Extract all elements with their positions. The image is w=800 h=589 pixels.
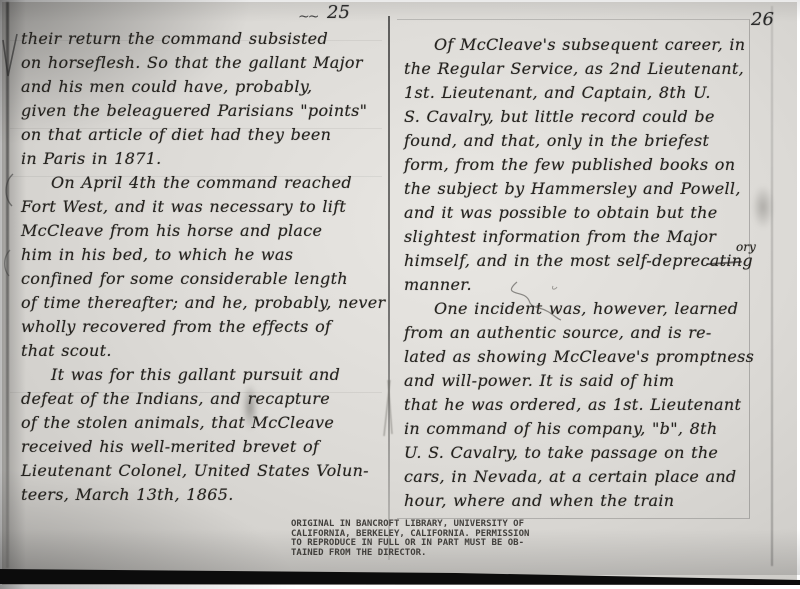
ink-smudge [752,185,774,229]
handwriting-line: It was for this gallant pursuit and [21,363,397,387]
pen-squiggle: ~~ [298,9,317,25]
stamp-text-line: TAINED FROM THE DIRECTOR. [291,549,551,559]
handwriting-line: teers, March 13th, 1865. [21,483,397,507]
handwriting-line: S. Cavalry, but little record could be [404,105,780,129]
handwriting-line: 1st. Lieutenant, and Captain, 8th U. [404,81,780,105]
handwriting-line: from an authentic source, and is re- [404,321,780,345]
handwriting-line: On April 4th the command reached [21,171,397,195]
handwriting-line: manner. [404,273,780,297]
handwriting-line: given the beleaguered Parisians "points" [21,99,397,123]
handwriting-line: slightest information from the Major [404,225,780,249]
handwriting-line: that he was ordered, as 1st. Lieutenant [404,393,780,417]
handwriting-line: and it was possible to obtain but the [404,201,780,225]
handwriting-line: form, from the few published books on [404,153,780,177]
handwriting-line: and will-power. It is said of him [404,369,780,393]
right-page-text: Of McCleave's subsequent career, inthe R… [404,33,780,513]
handwriting-line: hour, where and when the train [404,489,780,513]
handwriting-line: of the stolen animals, that McCleave [21,411,397,435]
handwriting-line: their return the command subsisted [21,27,397,51]
bancroft-library-stamp: ORIGINAL IN BANCROFT LIBRARY, UNIVERSITY… [291,520,551,558]
handwriting-line: in command of his company, "b", 8th [404,417,780,441]
page-number-26: 26 [751,9,774,30]
handwriting-line: received his well-merited brevet of [21,435,397,459]
ink-smudge [242,383,258,431]
handwriting-line: Fort West, and it was necessary to lift [21,195,397,219]
handwriting-line: confined for some considerable length [21,267,397,291]
handwriting-line: the subject by Hammersley and Powell, [404,177,780,201]
handwriting-line: One incident was, however, learned [404,297,780,321]
handwriting-line: lated as showing McCleave's promptness [404,345,780,369]
handwriting-line: U. S. Cavalry, to take passage on the [404,441,780,465]
left-page-text: their return the command subsistedon hor… [21,27,397,507]
left-page-fold-line [6,2,9,568]
handwriting-line: the Regular Service, as 2nd Lieutenant, [404,57,780,81]
handwriting-line: him in his bed, to which he was [21,243,397,267]
handwriting-line: of time thereafter; and he, probably, ne… [21,291,397,315]
handwriting-line: on that article of diet had they been [21,123,397,147]
handwriting-line: Of McCleave's subsequent career, in [404,33,780,57]
interlinear-correction: ory [736,240,756,254]
handwriting-line: and his men could have, probably, [21,75,397,99]
handwriting-line: cars, in Nevada, at a certain place and [404,465,780,489]
handwriting-line: on horseflesh. So that the gallant Major [21,51,397,75]
handwriting-line: that scout. [21,339,397,363]
handwriting-line: found, and that, only in the briefest [404,129,780,153]
scanned-manuscript-spread: ~~ 25 26 their return the command subsis… [0,0,800,589]
handwriting-line: defeat of the Indians, and recapture [21,387,397,411]
handwriting-line: Lieutenant Colonel, United States Volun- [21,459,397,483]
handwriting-line: wholly recovered from the effects of [21,315,397,339]
page-number-25: 25 [327,2,350,23]
handwriting-line: in Paris in 1871. [21,147,397,171]
handwriting-line: McCleave from his horse and place [21,219,397,243]
